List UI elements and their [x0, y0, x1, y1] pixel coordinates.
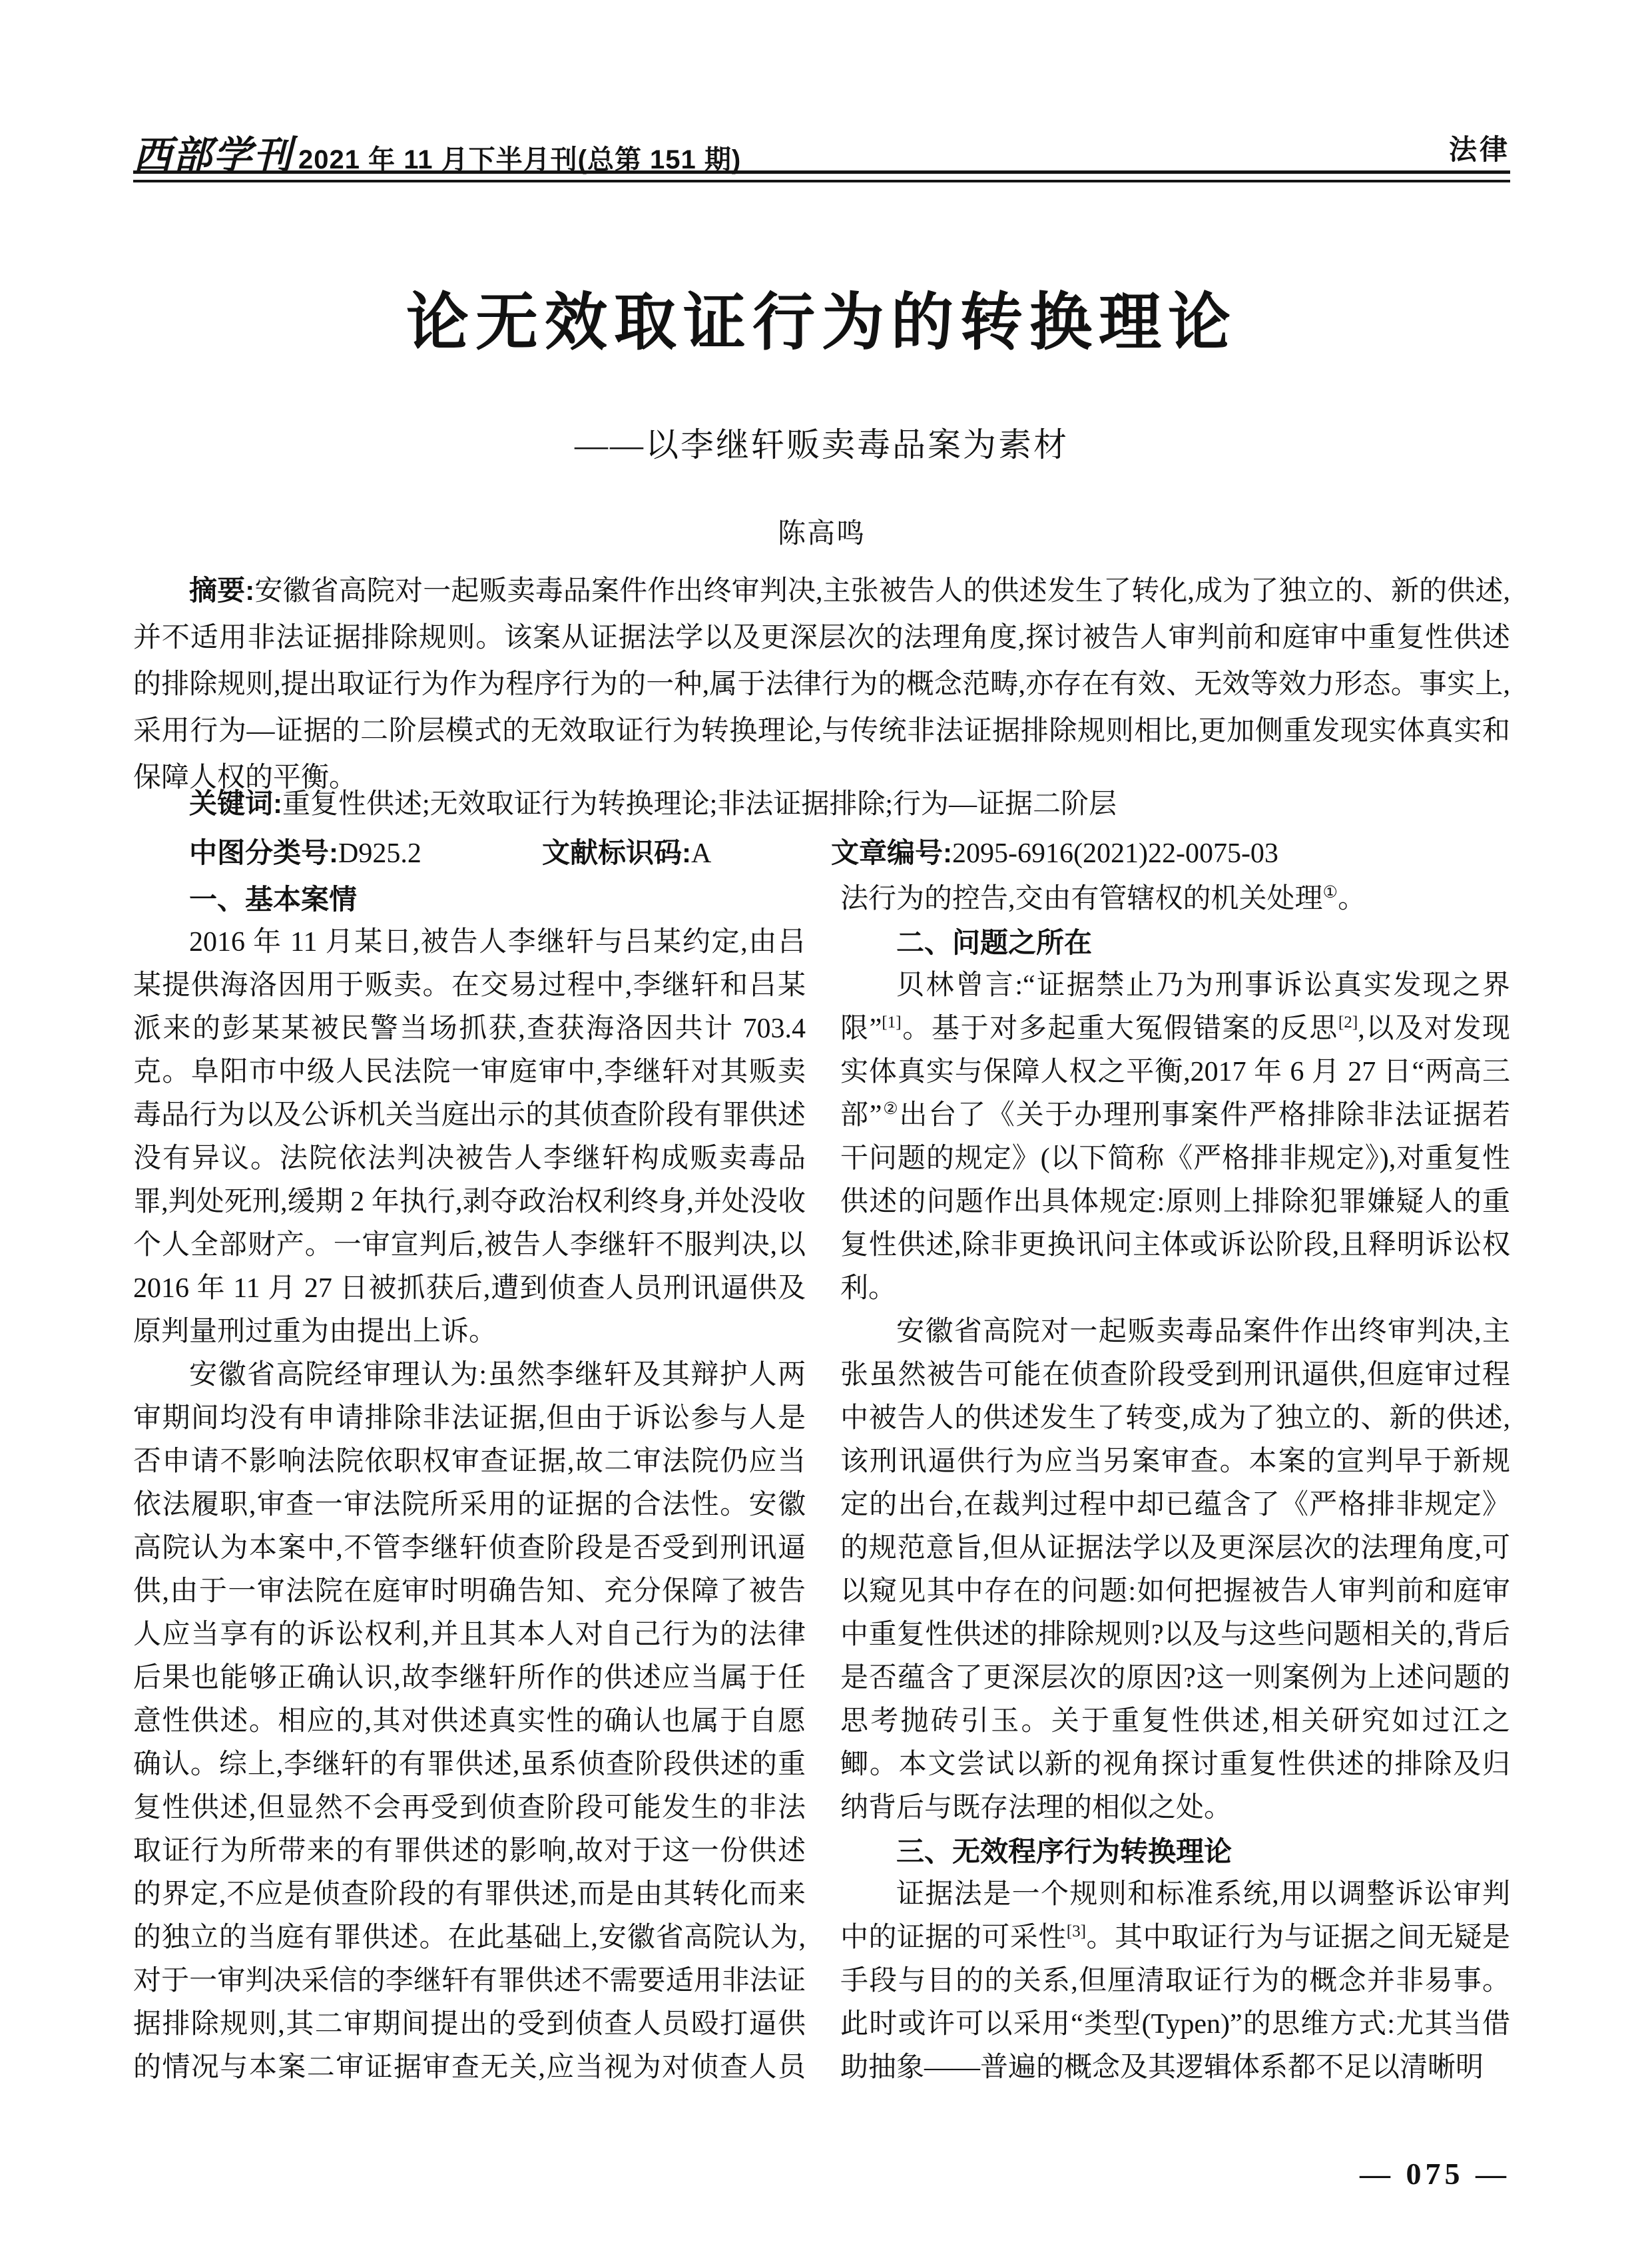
article-subtitle: ——以李继轩贩卖毒品案为素材 [0, 418, 1643, 466]
abstract-text: 安徽省高院对一起贩卖毒品案件作出终审判决,主张被告人的供述发生了转化,成为了独立… [133, 576, 1510, 793]
paragraph-problem-1: 贝林曾言:“证据禁止乃为刑事诉讼真实发现之界限”[1]。基于对多起重大冤假错案的… [840, 964, 1510, 1310]
author-name: 陈高鸣 [0, 511, 1643, 551]
article-id-label: 文章编号: [831, 837, 952, 868]
body-column-left: 一、基本案情 2016 年 11 月某日,被告人李继轩与吕某约定,由吕某提供海洛… [133, 878, 806, 2094]
paragraph-court-opinion: 安徽省高院经审理认为:虽然李继轩及其辩护人两审期间均没有申请排除非法证据,但由于… [133, 1354, 806, 2094]
doc-code-label: 文献标识码: [542, 837, 691, 868]
section-heading-1: 一、基本案情 [133, 878, 806, 921]
body-column-right: 法行为的控告,交由有管辖权的机关处理①。 二、问题之所在 贝林曾言:“证据禁止乃… [840, 878, 1510, 2094]
article-id: 文章编号:2095-6916(2021)22-0075-03 [831, 830, 1278, 877]
section-heading-3: 三、无效程序行为转换理论 [840, 1830, 1510, 1873]
article-id-value: 2095-6916(2021)22-0075-03 [952, 838, 1278, 869]
paragraph-problem-2: 安徽省高院对一起贩卖毒品案件作出终审判决,主张虽然被告可能在侦查阶段受到刑讯逼供… [840, 1310, 1510, 1830]
header-rule-top [133, 170, 1510, 174]
section-heading-2: 二、问题之所在 [840, 921, 1510, 964]
keywords-label: 关键词: [189, 788, 282, 819]
page-number: — 075 — [1360, 2156, 1510, 2191]
paragraph-theory: 证据法是一个规则和标准系统,用以调整诉讼审判中的证据的可采性[3]。其中取证行为… [840, 1873, 1510, 2090]
abstract-label: 摘要: [189, 575, 254, 606]
clc-label: 中图分类号: [189, 837, 338, 868]
paragraph-case-facts: 2016 年 11 月某日,被告人李继轩与吕某约定,由吕某提供海洛因用于贩卖。在… [133, 921, 806, 1354]
paragraph-continuation: 法行为的控告,交由有管辖权的机关处理①。 [840, 878, 1510, 921]
article-title: 论无效取证行为的转换理论 [0, 272, 1643, 362]
header-rule-bottom [133, 180, 1510, 182]
keywords: 关键词:重复性供述;无效取证行为转换理论;非法证据排除;行为—证据二阶层 [133, 780, 1510, 828]
abstract: 摘要:安徽省高院对一起贩卖毒品案件作出终审判决,主张被告人的供述发生了转化,成为… [133, 567, 1510, 801]
document-code: 文献标识码:A [542, 830, 711, 877]
doc-code-value: A [691, 838, 711, 869]
section-label: 法律 [1449, 128, 1510, 168]
classification-row: 中图分类号:D925.2 文献标识码:A 文章编号:2095-6916(2021… [133, 830, 1510, 876]
journal-page: 西部学刊 2021 年 11 月下半月刊(总第 151 期) 法律 论无效取证行… [0, 0, 1652, 2242]
keywords-text: 重复性供述;无效取证行为转换理论;非法证据排除;行为—证据二阶层 [282, 789, 1117, 820]
clc-number: 中图分类号:D925.2 [189, 830, 421, 877]
clc-value: D925.2 [338, 838, 421, 869]
